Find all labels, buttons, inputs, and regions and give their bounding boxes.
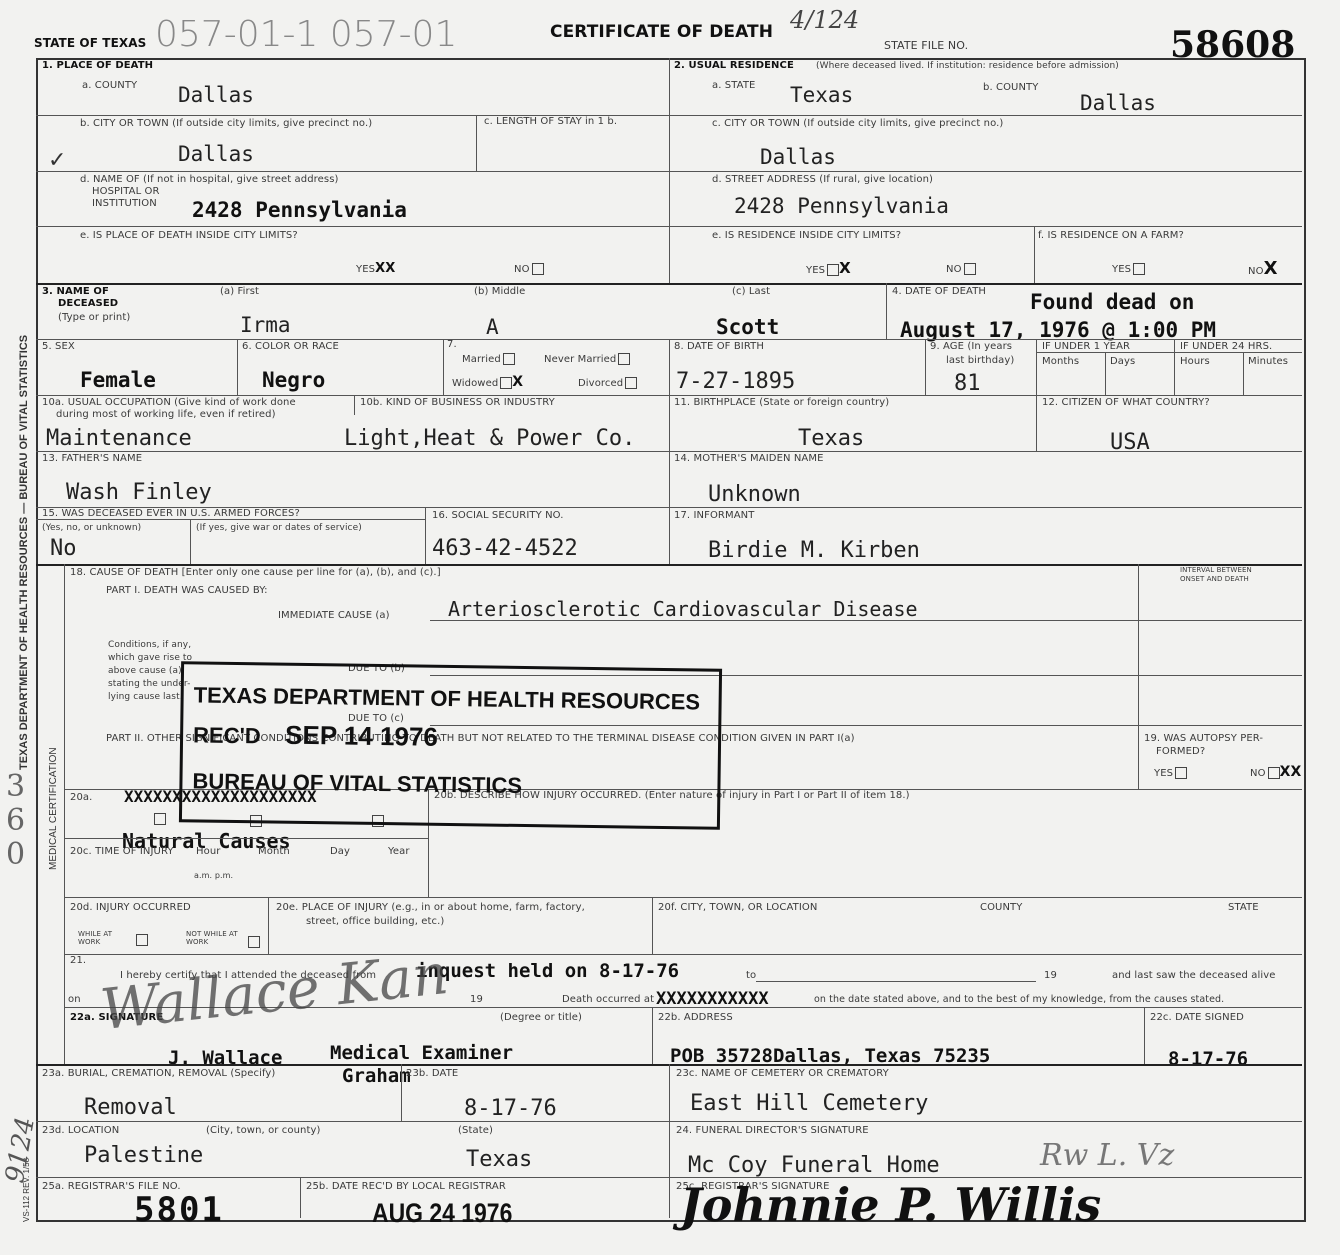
farm-label: f. IS RESIDENCE ON A FARM?	[1038, 230, 1184, 241]
not-work-label: NOT WHILE AT WORK	[186, 930, 238, 946]
occupation-value: Maintenance	[46, 428, 192, 450]
farm-no[interactable]: NOX	[1248, 263, 1278, 277]
checkbox[interactable]	[503, 353, 515, 365]
first-name-label: (a) First	[220, 286, 259, 297]
local-registrar-date-value: AUG 24 1976	[372, 1198, 512, 1229]
checkbox[interactable]	[964, 263, 976, 275]
stamp-line-1: TEXAS DEPARTMENT OF HEALTH RESOURCES	[193, 682, 700, 715]
received-stamp: TEXAS DEPARTMENT OF HEALTH RESOURCES REC…	[179, 661, 722, 830]
divider	[64, 564, 65, 1064]
no-label: NO	[1248, 266, 1264, 277]
no-label: NO	[946, 264, 962, 275]
hospital-value: 2428 Pennsylvania	[192, 199, 407, 221]
checkbox[interactable]	[1175, 767, 1187, 779]
certificate-title: CERTIFICATE OF DEATH	[550, 27, 773, 38]
handwritten-ref: 4/124	[790, 6, 859, 34]
autopsy-yes[interactable]: YES	[1154, 767, 1187, 779]
widowed-option[interactable]: WidowedX	[452, 377, 523, 389]
residence-label: 2. USUAL RESIDENCE	[674, 60, 794, 71]
on-label: on	[68, 994, 81, 1005]
conditions-1: Conditions, if any,	[108, 640, 191, 651]
divider	[36, 564, 1302, 566]
divider	[36, 519, 425, 520]
checkbox-checked[interactable]	[827, 264, 839, 276]
check-mark: ✓	[48, 148, 66, 173]
dod-line-1: Found dead on	[1030, 291, 1194, 313]
stamp-line-3: BUREAU OF VITAL STATISTICS	[192, 768, 522, 799]
last-name-label: (c) Last	[732, 286, 770, 297]
conditions-4: stating the under-	[108, 679, 191, 690]
middle-name-label: (b) Middle	[474, 286, 525, 297]
location-state-value: Texas	[466, 1149, 532, 1171]
not-at-work[interactable]: NOT WHILE AT WORK	[186, 930, 240, 946]
citizen-label: 12. CITIZEN OF WHAT COUNTRY?	[1042, 397, 1210, 408]
divider	[237, 339, 238, 395]
autopsy-no[interactable]: NOXX	[1250, 767, 1301, 779]
ampm-label: a.m. p.m.	[194, 870, 233, 881]
divider	[1034, 226, 1035, 283]
funeral-home-value: Mc Coy Funeral Home	[688, 1155, 940, 1177]
death-city-value: Dallas	[178, 143, 254, 165]
divider	[36, 395, 1302, 396]
checkbox-checked[interactable]	[500, 377, 512, 389]
no-label: NO	[1250, 768, 1266, 779]
stamp-received-label: REC'D	[193, 722, 261, 749]
ssn-label: 16. SOCIAL SECURITY NO.	[432, 510, 564, 521]
burial-value: Removal	[84, 1097, 177, 1119]
burial-date-value: 8-17-76	[464, 1098, 557, 1120]
autopsy-label-2: FORMED?	[1156, 746, 1205, 757]
conditions-3: above cause (a),	[108, 666, 185, 677]
occupation-label-2: during most of working life, even if ret…	[56, 409, 276, 420]
length-of-stay-label: c. LENGTH OF STAY in 1 b.	[484, 116, 634, 127]
never-married-option[interactable]: Never Married	[544, 353, 630, 365]
death-inside-no[interactable]: NO	[514, 263, 544, 275]
x-mark: XX	[1280, 764, 1302, 780]
x-mark: X	[839, 259, 851, 277]
death-county-label: a. COUNTY	[82, 80, 137, 91]
month-label: Month	[258, 846, 290, 857]
cemetery-value: East Hill Cemetery	[690, 1093, 928, 1115]
registrar-signature: Johnnie P. Willis	[680, 1178, 1101, 1232]
divider	[64, 838, 428, 839]
hospital-label-2: HOSPITAL OR	[92, 186, 160, 197]
divider	[300, 1177, 301, 1218]
informant-value: Birdie M. Kirben	[708, 540, 920, 562]
divider	[669, 1064, 670, 1218]
hour-label: Hour	[196, 846, 221, 857]
hospital-label-3: INSTITUTION	[92, 198, 157, 209]
ssn-value: 463-42-4522	[432, 538, 578, 560]
place-of-death-label: 1. PLACE OF DEATH	[42, 60, 153, 71]
handwritten-code: 057-01-1 057-01	[155, 14, 457, 55]
injury-occurred-label: 20d. INJURY OCCURRED	[70, 902, 191, 913]
name-label-2: DECEASED	[58, 298, 118, 309]
blank-line	[756, 981, 1036, 982]
death-county-value: Dallas	[178, 84, 254, 106]
divider	[1138, 564, 1139, 789]
item-20a-label: 20a.	[70, 792, 92, 803]
checkbox[interactable]	[154, 813, 166, 825]
local-registrar-date-label: 25b. DATE REC'D BY LOCAL REGISTRAR	[306, 1181, 506, 1192]
conditions-5: lying cause last.	[108, 692, 183, 703]
certify-tail: on the date stated above, and to the bes…	[814, 994, 1224, 1005]
part1-label: PART I. DEATH WAS CAUSED BY:	[106, 585, 268, 596]
birthplace-label: 11. BIRTHPLACE (State or foreign country…	[674, 397, 889, 408]
residence-inside-city-label: e. IS RESIDENCE INSIDE CITY LIMITS?	[712, 230, 901, 241]
conditions-2: which gave rise to	[108, 653, 192, 664]
death-city-label: b. CITY OR TOWN (If outside city limits,…	[80, 118, 372, 129]
yes-label: YES	[356, 264, 375, 275]
middle-name-value: A	[486, 316, 499, 338]
race-value: Negro	[262, 369, 325, 391]
divider	[64, 954, 1302, 955]
yes-mark: XX	[375, 261, 395, 276]
item-21-label: 21.	[70, 955, 86, 966]
cause-label: 18. CAUSE OF DEATH [Enter only one cause…	[70, 567, 441, 578]
divider	[36, 171, 1302, 172]
divider	[886, 283, 887, 339]
while-work-label: WHILE AT WORK	[78, 930, 112, 946]
hours-label: Hours	[1180, 356, 1210, 367]
death-occurred-label: Death occurred at	[562, 994, 654, 1005]
interval-label: INTERVAL BETWEEN ONSET AND DEATH	[1180, 566, 1270, 584]
residence-inside-no[interactable]: NO	[946, 263, 976, 275]
farm-yes[interactable]: YES	[1112, 263, 1145, 275]
divider	[64, 897, 1302, 898]
marital-number: 7.	[447, 339, 457, 350]
immediate-cause-value: Arteriosclerotic Cardiovascular Disease	[448, 598, 918, 620]
divider	[36, 1121, 1302, 1122]
state-label: STATE OF TEXAS	[34, 38, 146, 49]
residence-city-value: Dallas	[760, 146, 836, 168]
nineteen-label: 19	[1044, 970, 1057, 981]
minutes-label: Minutes	[1248, 356, 1288, 367]
dod-line-2: August 17, 1976 @ 1:00 PM	[900, 319, 1216, 341]
under-year-label: IF UNDER 1 YEAR	[1042, 341, 1130, 352]
divider	[36, 115, 1302, 116]
first-name-value: Irma	[240, 314, 291, 336]
x-mark: X	[512, 374, 523, 390]
divider	[36, 226, 1302, 227]
residence-inside-yes[interactable]: YESX	[806, 263, 851, 276]
residence-county-value: Dallas	[1080, 92, 1156, 114]
location-sub-label: (City, town, or county)	[206, 1125, 321, 1136]
address-label: 22b. ADDRESS	[658, 1012, 733, 1023]
father-label: 13. FATHER'S NAME	[42, 453, 142, 464]
autopsy-label-1: 19. WAS AUTOPSY PER-	[1144, 733, 1263, 744]
armed-value: No	[50, 538, 77, 560]
armed-label: 15. WAS DECEASED EVER IN U.S. ARMED FORC…	[42, 508, 300, 519]
days-label: Days	[1110, 356, 1135, 367]
hospital-label-1: d. NAME OF (If not in hospital, give str…	[80, 174, 339, 185]
divider	[652, 1007, 653, 1064]
yes-label: YES	[1112, 264, 1131, 275]
location-state-label: (State)	[458, 1125, 493, 1136]
funeral-director-label: 24. FUNERAL DIRECTOR'S SIGNATURE	[676, 1125, 869, 1136]
mother-value: Unknown	[708, 484, 801, 506]
widowed-label: Widowed	[452, 378, 498, 389]
death-inside-yes[interactable]: YESXX	[356, 263, 395, 275]
place-injury-label-2: street, office building, etc.)	[306, 916, 444, 927]
mother-label: 14. MOTHER'S MAIDEN NAME	[674, 453, 824, 464]
state-file-label: STATE FILE NO.	[884, 40, 968, 51]
residence-state-value: Texas	[790, 84, 853, 106]
residence-city-label: c. CITY OR TOWN (If outside city limits,…	[712, 118, 1003, 129]
name-label-3: (Type or print)	[58, 312, 130, 323]
divider	[1144, 1007, 1145, 1064]
checkbox[interactable]	[532, 263, 544, 275]
year-label: Year	[388, 846, 410, 857]
while-at-work[interactable]: WHILE AT WORK	[78, 930, 128, 946]
dob-label: 8. DATE OF BIRTH	[674, 341, 764, 352]
date-signed-value: 8-17-76	[1168, 1048, 1248, 1070]
checkbox[interactable]	[625, 377, 637, 389]
margin-handwriting-2: 9124	[0, 1115, 41, 1185]
divider	[268, 897, 269, 954]
nineteen-2-label: 19	[470, 994, 483, 1005]
registrar-file-value: 5801	[134, 1190, 224, 1230]
injury-city-label: 20f. CITY, TOWN, OR LOCATION	[658, 902, 817, 913]
never-married-label: Never Married	[544, 354, 616, 365]
residence-note: (Where deceased lived. If institution: r…	[816, 61, 1119, 72]
armed-sub-2: (If yes, give war or dates of service)	[196, 523, 362, 534]
divider	[36, 1177, 1302, 1178]
time-injury-label: 20c. TIME OF INJURY	[70, 846, 174, 857]
dod-label: 4. DATE OF DEATH	[892, 286, 986, 297]
divider	[430, 620, 1302, 621]
divider	[652, 897, 653, 954]
occupation-label-1: 10a. USUAL OCCUPATION (Give kind of work…	[42, 397, 296, 408]
cemetery-label: 23c. NAME OF CEMETERY OR CREMATORY	[676, 1068, 889, 1079]
residence-state-label: a. STATE	[712, 80, 755, 91]
yes-label: YES	[806, 265, 825, 276]
birthplace-value: Texas	[798, 428, 864, 450]
married-option[interactable]: Married	[462, 353, 515, 365]
burial-date-label: 23b. DATE	[406, 1068, 458, 1079]
name-label-1: 3. NAME OF	[42, 286, 109, 297]
age-value: 81	[954, 373, 981, 395]
funeral-director-signature: Rw L. Vz	[1040, 1138, 1174, 1173]
divorced-label: Divorced	[578, 378, 623, 389]
armed-sub-1: (Yes, no, or unknown)	[42, 523, 141, 534]
stamp-received-date: SEP 14 1976	[285, 720, 438, 753]
age-label-1: 9. AGE (In years	[930, 341, 1012, 352]
divider	[1174, 339, 1175, 395]
divider	[36, 283, 1302, 285]
checkbox-checked[interactable]	[1268, 767, 1280, 779]
divider	[1036, 352, 1302, 353]
margin-vertical-title: TEXAS DEPARTMENT OF HEALTH RESOURCES — B…	[18, 335, 30, 770]
industry-label: 10b. KIND OF BUSINESS OR INDUSTRY	[360, 397, 555, 408]
sex-value: Female	[80, 369, 156, 391]
divider	[925, 339, 926, 395]
inquest-value: inquest held on 8-17-76	[416, 960, 679, 982]
father-value: Wash Finley	[66, 482, 212, 504]
location-label: 23d. LOCATION	[42, 1125, 119, 1136]
no-label: NO	[514, 264, 530, 275]
informant-label: 17. INFORMANT	[674, 510, 754, 521]
immediate-cause-label: IMMEDIATE CAUSE (a)	[278, 610, 390, 621]
divider	[1105, 352, 1106, 395]
medical-certification-label: MEDICAL CERTIFICATION	[48, 747, 59, 870]
location-value: Palestine	[84, 1145, 203, 1167]
divider	[443, 339, 444, 395]
dob-value: 7-27-1895	[676, 371, 795, 393]
date-signed-label: 22c. DATE SIGNED	[1150, 1012, 1244, 1023]
divider	[190, 520, 191, 564]
degree-label: (Degree or title)	[500, 1012, 582, 1023]
injury-state-label: STATE	[1228, 902, 1259, 913]
divider	[1243, 352, 1244, 395]
to-label: to	[746, 970, 756, 981]
under-24-label: IF UNDER 24 HRS.	[1180, 341, 1272, 352]
checkbox[interactable]	[136, 934, 148, 946]
residence-county-label: b. COUNTY	[983, 82, 1038, 93]
checkbox[interactable]	[1133, 263, 1145, 275]
margin-handwriting: 3 6 0	[6, 770, 26, 872]
race-label: 6. COLOR OR RACE	[242, 341, 339, 352]
last-seen-label: and last saw the deceased alive	[1112, 970, 1276, 981]
divorced-option[interactable]: Divorced	[578, 377, 637, 389]
married-label: Married	[462, 354, 501, 365]
industry-value: Light,Heat & Power Co.	[344, 428, 635, 450]
age-label-2: last birthday)	[946, 355, 1014, 366]
last-name-value: Scott	[716, 316, 779, 338]
x-mark: X	[1264, 258, 1278, 279]
checkbox[interactable]	[248, 936, 260, 948]
divider	[425, 507, 426, 564]
day-label: Day	[330, 846, 350, 857]
divider	[354, 395, 355, 415]
months-label: Months	[1042, 356, 1079, 367]
residence-street-label: d. STREET ADDRESS (If rural, give locati…	[712, 174, 933, 185]
divider	[36, 451, 1302, 452]
sex-label: 5. SEX	[42, 341, 75, 352]
signer-title: Medical Examiner	[330, 1042, 513, 1064]
injury-county-label: COUNTY	[980, 902, 1022, 913]
place-injury-label-1: 20e. PLACE OF INJURY (e.g., in or about …	[276, 902, 585, 913]
divider	[401, 1064, 402, 1121]
burial-label: 23a. BURIAL, CREMATION, REMOVAL (Specify…	[42, 1068, 275, 1079]
divider	[476, 115, 477, 171]
residence-street-value: 2428 Pennsylvania	[734, 195, 949, 217]
death-inside-city-label: e. IS PLACE OF DEATH INSIDE CITY LIMITS?	[80, 230, 298, 241]
checkbox[interactable]	[618, 353, 630, 365]
yes-label: YES	[1154, 768, 1173, 779]
